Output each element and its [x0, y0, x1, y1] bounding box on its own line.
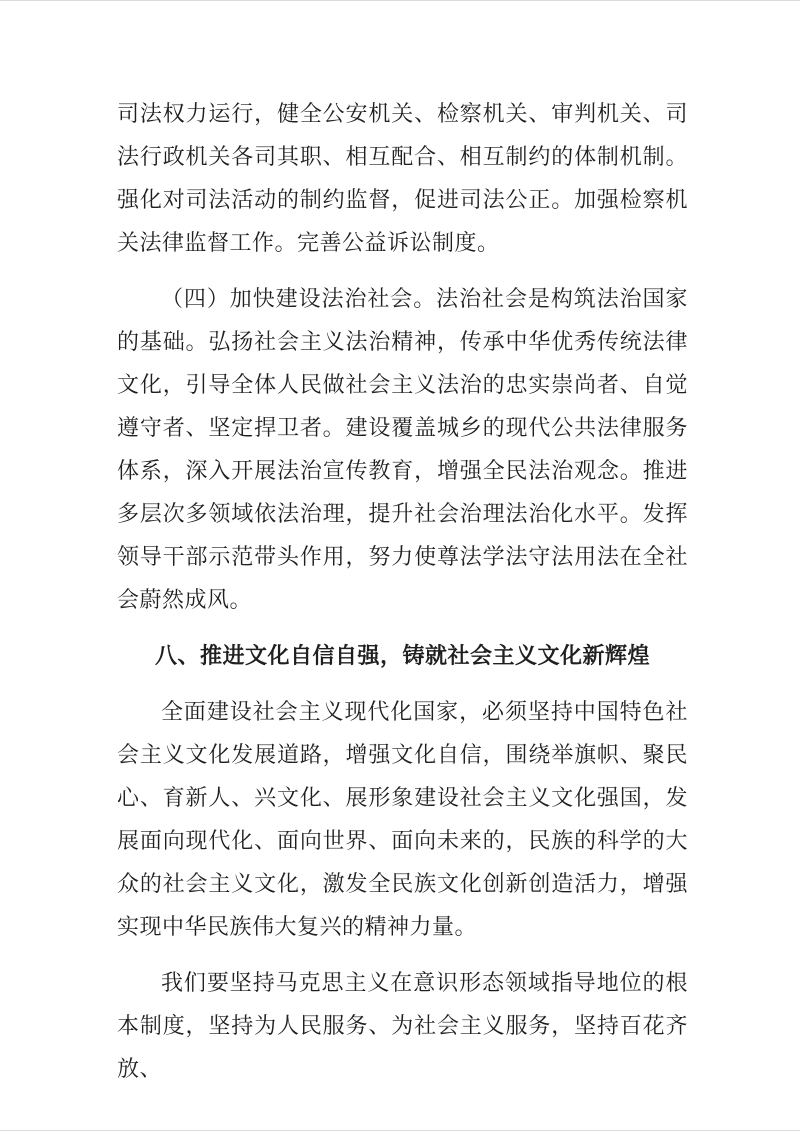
body-paragraph-ideology: 我们要坚持马克思主义在意识形态领域指导地位的根本制度，坚持为人民服务、为社会主义… — [117, 961, 688, 1090]
section-heading-eight: 八、推进文化自信自强，铸就社会主义文化新辉煌 — [117, 634, 688, 677]
body-paragraph-continuation: 司法权力运行，健全公安机关、检察机关、审判机关、司法行政机关各司其职、相互配合、… — [117, 92, 688, 264]
body-paragraph-culture: 全面建设社会主义现代化国家，必须坚持中国特色社会主义文化发展道路，增强文化自信，… — [117, 690, 688, 948]
body-paragraph-item-four: （四）加快建设法治社会。法治社会是构筑法治国家的基础。弘扬社会主义法治精神，传承… — [117, 277, 688, 621]
document-page: 司法权力运行，健全公安机关、检察机关、审判机关、司法行政机关各司其职、相互配合、… — [0, 0, 800, 1131]
page-top-edge — [0, 0, 800, 1]
